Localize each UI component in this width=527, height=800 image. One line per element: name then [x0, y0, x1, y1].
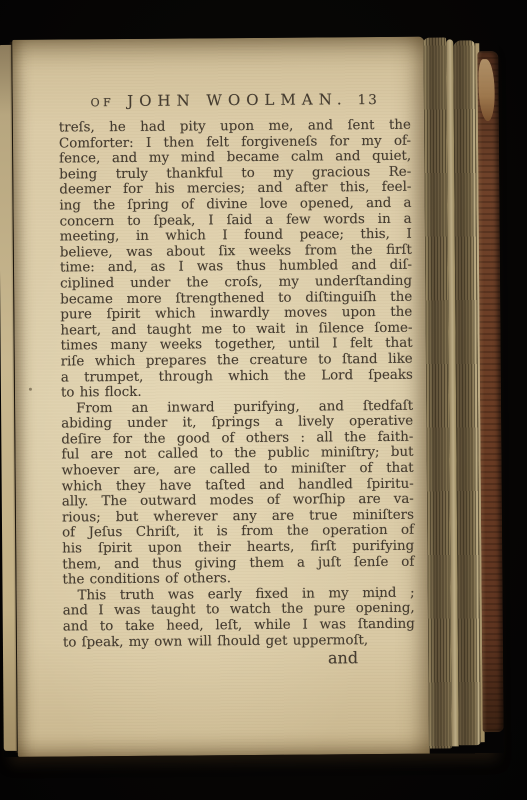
text-line: them, and thus giving them a juſt ſenſe … [62, 554, 414, 572]
header-page-number: 13 [358, 92, 379, 108]
running-header: OF JOHN WOOLMAN. 13 [59, 90, 411, 111]
book-photo: OF JOHN WOOLMAN. 13 treſs, he had pity u… [0, 36, 504, 757]
spine-worn-patch [478, 59, 494, 121]
paragraph: treſs, he had pity upon me, and ſent the… [59, 118, 413, 401]
header-of: OF [91, 96, 115, 109]
text-line: a trumpet, through which the Lord ſpeaks [61, 367, 413, 385]
ink-speck [29, 388, 32, 391]
paragraph: This truth was early fixed in my mind ;a… [63, 586, 415, 651]
paragraph: From an inward purifying, and ſtedfaſtab… [61, 398, 414, 588]
catchword-row: and [63, 648, 415, 666]
header-title: JOHN WOOLMAN. [127, 90, 348, 110]
body-text: treſs, he had pity upon me, and ſent the… [59, 118, 415, 651]
text-column: OF JOHN WOOLMAN. 13 treſs, he had pity u… [58, 37, 416, 757]
leather-spine-edge [477, 51, 503, 732]
catchword: and [328, 648, 358, 667]
text-line: to ſpeak, my own will ſhould get uppermo… [63, 632, 415, 650]
book-page: OF JOHN WOOLMAN. 13 treſs, he had pity u… [12, 37, 430, 757]
fore-edge-pages [423, 37, 485, 750]
